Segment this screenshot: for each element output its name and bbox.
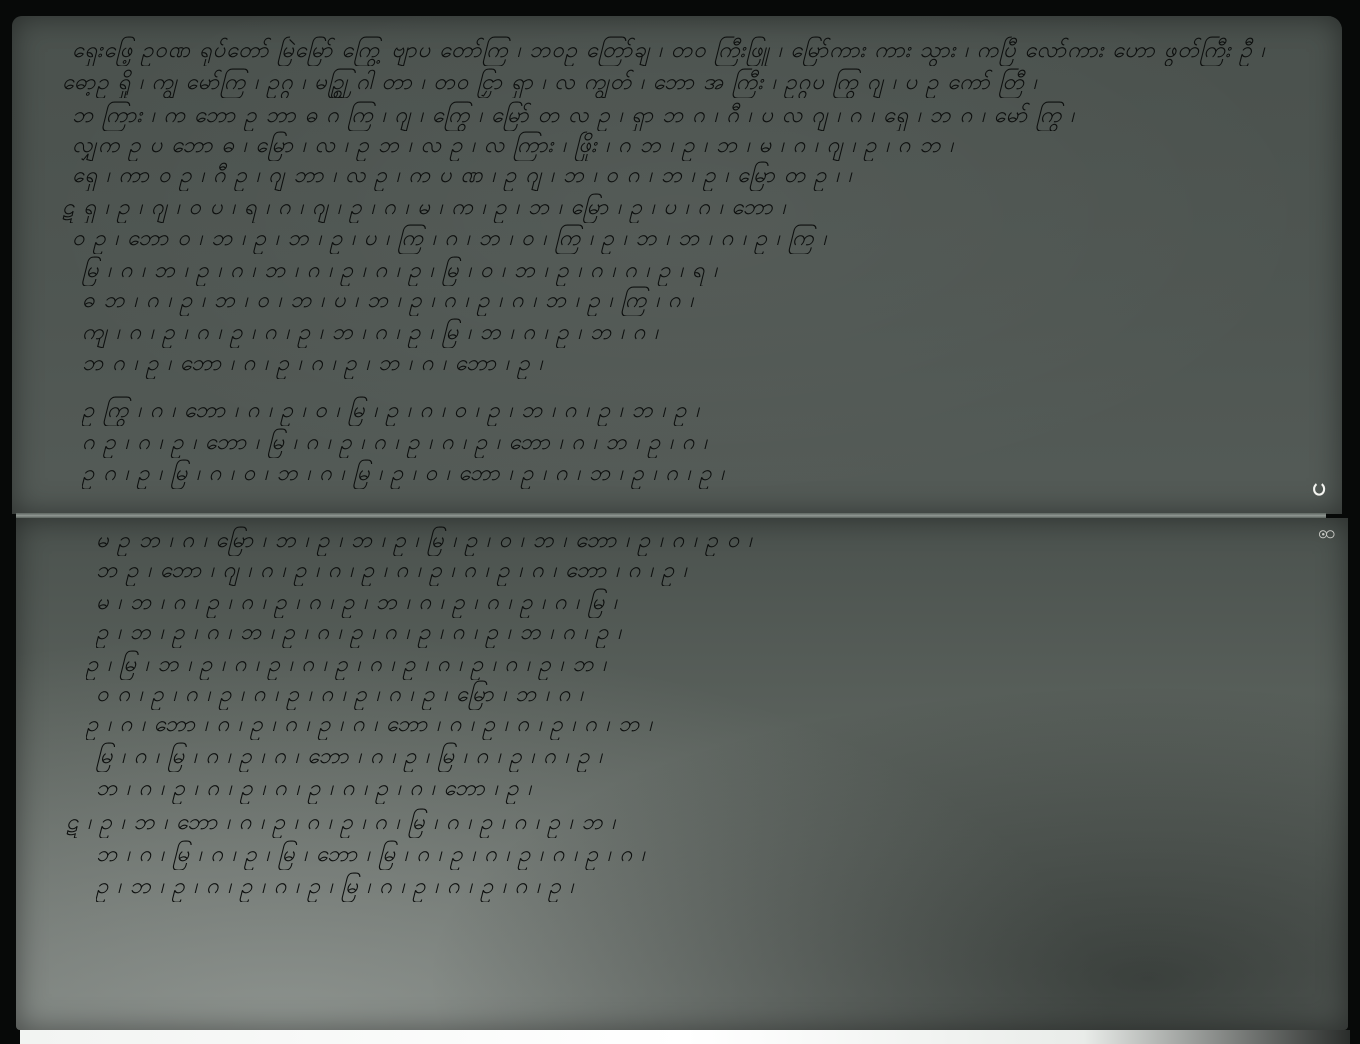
manuscript-line: ဓော့ဥ ရှို ၊ ကျွ မော်ကြ ၊ ဥဂ္ဂ ၊ မဉ္ဈြ ဂ… [62,68,1312,98]
manuscript-line: လျှက ဥ ပ ဘော ဓ ၊ မြော ၊ လ ၊ ဥ ဘ ၊ လ ဥ ၊ … [72,131,1312,161]
manuscript-line: မြ ၊ ဂ ၊ ဘ ၊ ဥ ၊ ဂ ၊ ဘ ၊ ဂ ၊ ဥ ၊ ဂ ၊ ဥ ၊… [82,256,1282,286]
margin-mark: ꩧ [1318,520,1335,547]
manuscript-leaf-lower: မ ဥ ဘ ၊ ဂ ၊ မြော ၊ ဘ ၊ ဥ ၊ ဘ ၊ ဥ ၊ မြ ၊ … [16,518,1348,1030]
manuscript-line: မ ၊ ဘ ၊ ဂ ၊ ဥ ၊ ဂ ၊ ဥ ၊ ဂ ၊ ဥ ၊ ဘ ၊ ဂ ၊ … [96,588,1326,618]
manuscript-line: ဥ ကြွ ၊ ဂ ၊ ဘော ၊ ဂ ၊ ဥ ၊ ဝ ၊ မြ ၊ ဥ ၊ ဂ… [82,396,1312,426]
manuscript-line: ကျ ၊ ဂ ၊ ဥ ၊ ဂ ၊ ဥ ၊ ဂ ၊ ဥ ၊ ဘ ၊ ဂ ၊ ဥ ၊… [82,318,1282,348]
manuscript-line: ဘ ဥ ၊ ဘော ၊ ဂျ ၊ ဂ ၊ ဥ ၊ ဂ ၊ ဥ ၊ ဂ ၊ ဥ ၊… [96,556,1326,586]
background-white-strip [20,1030,1350,1044]
manuscript-line: ဥ ၊ မြ ၊ ဘ ၊ ဥ ၊ ဂ ၊ ဥ ၊ ဂ ၊ ဥ ၊ ဂ ၊ ဥ ၊… [86,650,1326,680]
manuscript-line: ဝ ဥ ၊ ဘော ဝ ၊ ဘ ၊ ဥ ၊ ဘ ၊ ဥ ၊ ပ ၊ ကြ ၊ ဂ… [72,224,1312,254]
manuscript-line: ဂ ဥ ၊ ဂ ၊ ဥ ၊ ဘော ၊ မြ ၊ ဂ ၊ ဥ ၊ ဂ ၊ ဥ ၊… [82,428,1312,458]
manuscript-line: ဥ ၊ ဘ ၊ ဥ ၊ ဂ ၊ ဥ ၊ ဂ ၊ ဥ ၊ မြ ၊ ဂ ၊ ဥ ၊… [96,872,1296,902]
manuscript-line: ဥ ဂ ၊ ဥ ၊ မြ ၊ ဂ ၊ ဝ ၊ ဘ ၊ ဂ ၊ မြ ၊ ဥ ၊ … [82,459,1282,489]
manuscript-line: ဥ ၊ ဂ ၊ ဘော ၊ ဂ ၊ ဥ ၊ ဂ ၊ ဥ ၊ ဂ ၊ ဘော ၊ … [86,710,1326,740]
page-number-marker: ပ [1312,471,1326,507]
manuscript-line: ရှေ ၊ ကာ ဝ ဥ ၊ ဂီ ဥ ၊ ဂျ ဘာ ၊ လ ဥ ၊ က ပ … [72,161,1232,191]
manuscript-line: ဝ ဂ ၊ ဥ ၊ ဂ ၊ ဥ ၊ ဂ ၊ ဥ ၊ ဂ ၊ ဥ ၊ ဂ ၊ ဥ … [96,680,1326,710]
manuscript-line: ဓ ဘ ၊ ဂ ၊ ဥ ၊ ဘ ၊ ဝ ၊ ဘ ၊ ပ ၊ ဘ ၊ ဥ ၊ ဂ … [82,286,1312,316]
manuscript-line: ဥ ၊ ဘ ၊ ဥ ၊ ဂ ၊ ဘ ၊ ဥ ၊ ဂ ၊ ဥ ၊ ဂ ၊ ဥ ၊ … [96,618,1326,648]
manuscript-line: မ ဥ ဘ ၊ ဂ ၊ မြော ၊ ဘ ၊ ဥ ၊ ဘ ၊ ဥ ၊ မြ ၊ … [96,526,1326,556]
manuscript-line: ဘ ၊ ဂ ၊ မြ ၊ ဂ ၊ ဥ ၊ မြ ၊ ဘော ၊ မြ ၊ ဂ ၊… [96,840,1296,870]
manuscript-line: ဋ ရှ ၊ ဥ ၊ ဂျ ၊ ဝ ပ ၊ ရ ၊ ဂ ၊ ဂျ ၊ ဥ ၊ ဂ… [62,193,1312,223]
manuscript-line: ဘ ကြား ၊ က ဘော ဥ ဘာ ဓ ဂ ကြ ၊ ဂျ ၊ ကြွေ ၊… [72,101,1312,131]
manuscript-line: ဘ ၊ ဂ ၊ ဥ ၊ ဂ ၊ ဥ ၊ ဂ ၊ ဥ ၊ ဂ ၊ ဥ ၊ ဂ ၊ … [96,774,1316,804]
manuscript-line: ရှေးဖြေ့ ဥဝဏ ရုပ်တော် မြဲမြော် ကြွေ့ ဗျာ… [72,36,1312,66]
manuscript-leaf-upper: ရှေးဖြေ့ ဥဝဏ ရုပ်တော် မြဲမြော် ကြွေ့ ဗျာ… [12,16,1342,514]
manuscript-line: ဋ ၊ ဥ ၊ ဘ ၊ ဘော ၊ ဂ ၊ ဥ ၊ ဂ ၊ ဥ ၊ ဂ ၊ မြ… [66,808,1316,838]
manuscript-line: ဘ ဂ ၊ ဥ ၊ ဘော ၊ ဂ ၊ ဥ ၊ ဂ ၊ ဥ ၊ ဘ ၊ ဂ ၊ … [82,349,862,379]
manuscript-line: မြ ၊ ဂ ၊ မြ ၊ ဂ ၊ ဥ ၊ ဂ ၊ ဘော ၊ ဂ ၊ ဥ ၊ … [96,742,1326,772]
